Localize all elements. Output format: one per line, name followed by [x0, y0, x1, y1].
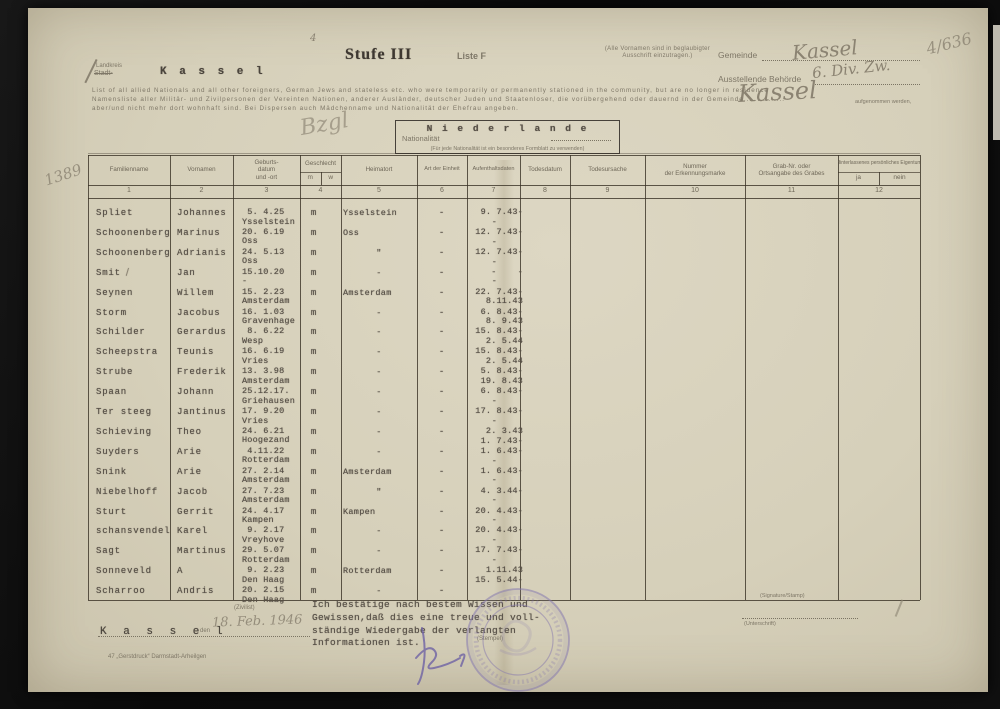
- form-stage-title: Stufe III: [345, 46, 412, 64]
- date-line: 4. 3.44-: [452, 487, 523, 497]
- column-header-10: Grab-Nr. oder Ortsangabe des Grabes: [745, 156, 838, 184]
- sex-cell: m: [305, 387, 323, 397]
- birth-place: Amsterdam: [242, 496, 300, 506]
- table-row: Smit/Jan15.10.20-m--- --: [0, 268, 1000, 288]
- column-number-8: 9: [570, 187, 645, 194]
- family-name-cell: Sonneveld: [96, 566, 174, 576]
- stadt-label-struck: Stadt-: [94, 70, 113, 77]
- birth-cell: 24. 5.13Oss: [242, 248, 300, 267]
- hometown-cell: Oss: [343, 228, 415, 238]
- column-header-6: Aufenthaltsdaten: [467, 156, 520, 184]
- column-number-4: 5: [341, 187, 417, 194]
- given-name-cell: Karel: [177, 526, 235, 536]
- table-row: SpaanJohann25.12.17.Griehausenm--6. 8.43…: [0, 387, 1000, 407]
- column-number-9: 10: [645, 187, 745, 194]
- sex-cell: m: [305, 507, 323, 517]
- stempel-label: (Stempel): [477, 636, 503, 642]
- hometown-cell: -: [343, 268, 415, 278]
- table-row: SturtGerrit24. 4.17KampenmKampen-20. 4.4…: [0, 507, 1000, 527]
- hometown-cell: Ysselstein: [343, 208, 415, 218]
- sex-cell: m: [305, 248, 323, 258]
- dates-cell: 1. 6.43--: [452, 447, 523, 467]
- given-name-cell: Andris: [177, 586, 235, 596]
- birth-place: Den Haag: [242, 576, 300, 586]
- date-line: 1. 7.43-: [452, 437, 523, 447]
- birth-cell: 24. 6.21Hoogezand: [242, 427, 300, 446]
- given-name-cell: Johann: [177, 387, 235, 397]
- birth-cell: 27. 2.14Amsterdam: [242, 467, 300, 486]
- date-line: 1. 6.43-: [452, 467, 523, 477]
- signature-stamp-label: (Signature/Stamp): [760, 593, 805, 599]
- birth-place: Ysselstein: [242, 218, 300, 228]
- column-number-11: 12: [838, 187, 920, 194]
- family-name-cell: Spaan: [96, 387, 174, 397]
- dates-cell: 2. 3.431. 7.43-: [452, 427, 523, 447]
- family-name-cell: Ter steeg: [96, 407, 174, 417]
- column-number-5: 6: [417, 187, 467, 194]
- given-name-cell: Willem: [177, 288, 235, 298]
- dates-cell: 20. 4.43--: [452, 507, 523, 527]
- given-name-cell: Theo: [177, 427, 235, 437]
- family-name-cell: Niebelhoff: [96, 487, 174, 497]
- family-name-cell: Seynen: [96, 288, 174, 298]
- table-row: SeynenWillem15. 2.23AmsterdammAmsterdam-…: [0, 288, 1000, 308]
- table-row: NiebelhoffJacob27. 7.23Amsterdamm"-4. 3.…: [0, 487, 1000, 507]
- date-line: -: [452, 277, 497, 287]
- sex-cell: m: [305, 407, 323, 417]
- birth-place: Amsterdam: [242, 476, 300, 486]
- sex-cell: m: [305, 308, 323, 318]
- dates-cell: 6. 8.43-8. 9.43: [452, 308, 523, 328]
- date-line: 15. 5.44-: [452, 576, 523, 586]
- column-header-9: Nummer der Erkennungsmarke: [645, 156, 745, 184]
- date-line: 17. 7.43-: [452, 546, 523, 556]
- hometown-cell: -: [343, 586, 415, 596]
- date-line: -: [452, 496, 497, 506]
- family-name-cell: Smit/: [96, 268, 174, 278]
- hometown-cell: Rotterdam: [343, 566, 415, 576]
- den-label: den: [200, 628, 210, 634]
- sex-cell: m: [305, 208, 323, 218]
- column-number-6: 7: [467, 187, 520, 194]
- subheader-left-11: ja: [838, 174, 879, 181]
- birth-place: -: [242, 277, 300, 287]
- pencil-check: /: [126, 268, 129, 278]
- birth-cell: 20. 2.15Den Haag: [242, 586, 300, 605]
- given-name-cell: Jacobus: [177, 308, 235, 318]
- column-number-7: 8: [520, 187, 570, 194]
- sex-cell: m: [305, 228, 323, 238]
- given-name-cell: Johannes: [177, 208, 235, 218]
- column-header-4: Heimatort: [341, 156, 417, 184]
- given-name-cell: Gerardus: [177, 327, 235, 337]
- birth-cell: 13. 3.98Amsterdam: [242, 367, 300, 386]
- column-number-0: 1: [88, 187, 170, 194]
- sex-cell: m: [305, 427, 323, 437]
- sex-cell: m: [305, 467, 323, 477]
- birth-place: Vries: [242, 417, 300, 427]
- birth-place: Wesp: [242, 337, 300, 347]
- hometown-cell: ": [343, 487, 415, 497]
- subheader-right-11: nein: [879, 174, 920, 181]
- birth-cell: 9. 2.17Vreyhove: [242, 526, 300, 545]
- hometown-cell: -: [343, 427, 415, 437]
- unit-cell: -: [417, 586, 467, 596]
- family-name-cell: Spliet: [96, 208, 174, 218]
- birth-cell: 9. 2.23Den Haag: [242, 566, 300, 585]
- birth-cell: 15. 2.23Amsterdam: [242, 288, 300, 307]
- birth-place: Vries: [242, 357, 300, 367]
- birth-cell: 4.11.22Rotterdam: [242, 447, 300, 466]
- behoerde-line: [815, 84, 920, 85]
- pencil-mark-top: 4: [310, 33, 316, 44]
- birth-cell: 5. 4.25Ysselstein: [242, 208, 300, 227]
- date-line: -: [452, 238, 497, 248]
- hometown-cell: -: [343, 407, 415, 417]
- certification-statement: Ich bestätige nach bestem Wissen und Gew…: [312, 599, 540, 650]
- adjacent-page-edge: [993, 25, 1000, 140]
- given-name-cell: Jan: [177, 268, 235, 278]
- birth-cell: 16. 6.19Vries: [242, 347, 300, 366]
- given-name-cell: Martinus: [177, 546, 235, 556]
- date-line: - -: [452, 268, 523, 278]
- nationality-value: N i e d e r l a n d e: [396, 123, 619, 134]
- family-name-cell: Snink: [96, 467, 174, 477]
- birth-place: Oss: [242, 237, 300, 247]
- sex-cell: m: [305, 546, 323, 556]
- scanned-document-photo: 4 4/636 1389 Bzgl Stufe III Liste F (All…: [0, 0, 1000, 709]
- sex-cell: m: [305, 347, 323, 357]
- form-note: (Alle Vornamen sind in beglaubigter Auss…: [590, 46, 725, 60]
- date-line: -: [452, 457, 497, 467]
- family-name-cell: Scharroo: [96, 586, 174, 596]
- table-row: Ter steegJantinus17. 9.20Vriesm--17. 8.4…: [0, 407, 1000, 427]
- landkreis-label: Landkreis: [96, 63, 122, 69]
- birth-place: Amsterdam: [242, 377, 300, 387]
- birth-place: Hoogezand: [242, 436, 300, 446]
- column-header-11: Hinterlassenes persönliches Eigentum: [838, 156, 920, 172]
- column-number-1: 2: [170, 187, 233, 194]
- column-header-1: Vornamen: [170, 156, 233, 184]
- kreis-name-typed: K a s s e l: [160, 66, 266, 78]
- column-header-7: Todesdatum: [520, 156, 570, 184]
- dates-cell: 17. 8.43--: [452, 407, 523, 427]
- table-row: ScheepstraTeunis16. 6.19Vriesm--15. 8.43…: [0, 347, 1000, 367]
- birth-place: Oss: [242, 257, 300, 267]
- family-name-cell: Storm: [96, 308, 174, 318]
- hometown-cell: -: [343, 447, 415, 457]
- sex-cell: m: [305, 566, 323, 576]
- birth-cell: 15.10.20-: [242, 268, 300, 287]
- dates-cell: 1. 6.43--: [452, 467, 523, 487]
- given-name-cell: Jantinus: [177, 407, 235, 417]
- table-row: schansvendelKarel 9. 2.17Vreyhovem--20. …: [0, 526, 1000, 546]
- unterschrift-label: (Unterschrift): [744, 621, 776, 627]
- birth-cell: 8. 6.22Wesp: [242, 327, 300, 346]
- hometown-cell: -: [343, 327, 415, 337]
- date-line: 12. 7.43-: [452, 228, 523, 238]
- date-line: 9. 7.43-: [452, 208, 523, 218]
- given-name-cell: Adrianis: [177, 248, 235, 258]
- birth-place: Rotterdam: [242, 456, 300, 466]
- subheader-right-3: w: [321, 174, 342, 181]
- hometown-cell: -: [343, 308, 415, 318]
- family-name-cell: Schoonenberg: [96, 248, 174, 258]
- date-line: -: [452, 476, 497, 486]
- column-header-2: Geburts- datum und -ort: [233, 156, 300, 184]
- dates-cell: 15. 8.43-2. 5.44: [452, 347, 523, 367]
- sex-cell: m: [305, 327, 323, 337]
- column-header-0: Familienname: [88, 156, 170, 184]
- dates-cell: 17. 7.43--: [452, 546, 523, 566]
- date-line: 20. 4.43-: [452, 507, 523, 517]
- table-row: SchoonenbergAdrianis24. 5.13Ossm"-12. 7.…: [0, 248, 1000, 268]
- dates-cell: 5. 8.43-19. 8.43: [452, 367, 523, 387]
- sex-cell: m: [305, 586, 323, 596]
- birth-place: Den Haag: [242, 596, 300, 606]
- family-name-cell: Schoonenberg: [96, 228, 174, 238]
- column-number-10: 11: [745, 187, 838, 194]
- family-name-cell: Suyders: [96, 447, 174, 457]
- hometown-cell: ": [343, 248, 415, 258]
- given-name-cell: Arie: [177, 447, 235, 457]
- table-row: StormJacobus16. 1.03Gravenhagem--6. 8.43…: [0, 308, 1000, 328]
- column-header-3: Geschlecht: [300, 156, 341, 172]
- birth-place: Rotterdam: [242, 556, 300, 566]
- nationality-line: [551, 140, 611, 141]
- column-header-5: Art der Einheit: [417, 156, 467, 184]
- column-header-8: Todesursache: [570, 156, 645, 184]
- date-line: 12. 7.43-: [452, 248, 523, 258]
- date-line: -: [452, 258, 497, 268]
- birth-cell: 25.12.17.Griehausen: [242, 387, 300, 406]
- given-name-cell: Marinus: [177, 228, 235, 238]
- nationality-box: N i e d e r l a n d e Nationalität (Für …: [395, 120, 620, 154]
- given-name-cell: Gerrit: [177, 507, 235, 517]
- sex-cell: m: [305, 268, 323, 278]
- date-line: 6. 8.43-: [452, 387, 523, 397]
- nationality-label: Nationalität: [402, 134, 440, 143]
- signature-line: [742, 618, 858, 619]
- intro-paragraph: List of all allied Nationals and all oth…: [92, 86, 924, 113]
- sex-cell: m: [305, 447, 323, 457]
- family-name-cell: Schieving: [96, 427, 174, 437]
- dates-cell: 12. 7.43--: [452, 248, 523, 268]
- birth-date: 15.10.20: [242, 268, 300, 278]
- table-row: SninkArie27. 2.14AmsterdammAmsterdam-1. …: [0, 467, 1000, 487]
- zivilist-label: (Zivilist): [234, 605, 255, 611]
- family-name-cell: Schilder: [96, 327, 174, 337]
- nationality-note: (Für jede Nationalität ist ein besondere…: [396, 146, 619, 152]
- gemeinde-label: Gemeinde: [718, 50, 757, 60]
- date-handwritten: 18. Feb. 1946: [212, 612, 303, 630]
- birth-cell: 16. 1.03Gravenhage: [242, 308, 300, 327]
- hometown-cell: -: [343, 526, 415, 536]
- hometown-cell: Kampen: [343, 507, 415, 517]
- table-row: SchoonenbergMarinus20. 6.19OssmOss-12. 7…: [0, 228, 1000, 248]
- column-number-3: 4: [300, 187, 341, 194]
- family-name-cell: Sturt: [96, 507, 174, 517]
- hometown-cell: -: [343, 387, 415, 397]
- family-name-cell: Strube: [96, 367, 174, 377]
- birth-place: Vreyhove: [242, 536, 300, 546]
- hometown-cell: Amsterdam: [343, 288, 415, 298]
- birth-cell: 24. 4.17Kampen: [242, 507, 300, 526]
- dates-cell: 6. 8.43--: [452, 387, 523, 407]
- birth-cell: 17. 9.20Vries: [242, 407, 300, 426]
- date-line: 17. 8.43-: [452, 407, 523, 417]
- hometown-cell: Amsterdam: [343, 467, 415, 477]
- table-row: SchilderGerardus 8. 6.22Wespm--15. 8.43-…: [0, 327, 1000, 347]
- table-row: SplietJohannes 5. 4.25YsselsteinmYsselst…: [0, 208, 1000, 228]
- table-row: SchievingTheo24. 6.21Hoogezandm--2. 3.43…: [0, 427, 1000, 447]
- birth-cell: 29. 5.07Rotterdam: [242, 546, 300, 565]
- table-row: StrubeFrederik13. 3.98Amsterdamm--5. 8.4…: [0, 367, 1000, 387]
- given-name-cell: Frederik: [177, 367, 235, 377]
- sex-cell: m: [305, 487, 323, 497]
- table-row: SagtMartinus29. 5.07Rotterdamm--17. 7.43…: [0, 546, 1000, 566]
- hometown-cell: -: [343, 347, 415, 357]
- sex-cell: m: [305, 367, 323, 377]
- birth-place: Amsterdam: [242, 297, 300, 307]
- birth-cell: 20. 6.19Oss: [242, 228, 300, 247]
- table-rule-2: [88, 185, 920, 186]
- dates-cell: 20. 4.43--: [452, 526, 523, 546]
- family-name-cell: Sagt: [96, 546, 174, 556]
- date-line: 1. 6.43-: [452, 447, 523, 457]
- dates-cell: - --: [452, 268, 523, 288]
- table-rule-0: [88, 153, 920, 154]
- given-name-cell: A: [177, 566, 235, 576]
- family-name-cell: schansvendel: [96, 526, 174, 536]
- dates-cell: 22. 7.43-8.11.43: [452, 288, 523, 308]
- given-name-cell: Teunis: [177, 347, 235, 357]
- sex-cell: m: [305, 288, 323, 298]
- table-row: SuydersArie 4.11.22Rotterdamm--1. 6.43--: [0, 447, 1000, 467]
- family-name-cell: Scheepstra: [96, 347, 174, 357]
- dates-cell: 9. 7.43--: [452, 208, 523, 228]
- birth-place: Griehausen: [242, 397, 300, 407]
- dates-cell: 15. 8.43-2. 5.44: [452, 327, 523, 347]
- printer-credit: 47 „Gerstdruck“ Darmstadt-Arheilgen: [108, 654, 206, 660]
- form-list-label: Liste F: [457, 51, 486, 61]
- city-date-line: [98, 636, 310, 637]
- subheader-left-3: m: [300, 174, 321, 181]
- date-line: 20. 4.43-: [452, 526, 523, 536]
- hometown-cell: -: [343, 546, 415, 556]
- sex-cell: m: [305, 526, 323, 536]
- date-line: 8.11.43: [452, 297, 523, 307]
- table-row: SonneveldA 9. 2.23Den HaagmRotterdam-1.1…: [0, 566, 1000, 586]
- birth-cell: 27. 7.23Amsterdam: [242, 487, 300, 506]
- given-name-cell: Jacob: [177, 487, 235, 497]
- dates-cell: 1.11.4315. 5.44-: [452, 566, 523, 586]
- hometown-cell: -: [343, 367, 415, 377]
- dates-cell: 12. 7.43--: [452, 228, 523, 248]
- given-name-cell: Arie: [177, 467, 235, 477]
- table-rule-3: [88, 198, 920, 199]
- dates-cell: 4. 3.44--: [452, 487, 523, 507]
- column-number-2: 3: [233, 187, 300, 194]
